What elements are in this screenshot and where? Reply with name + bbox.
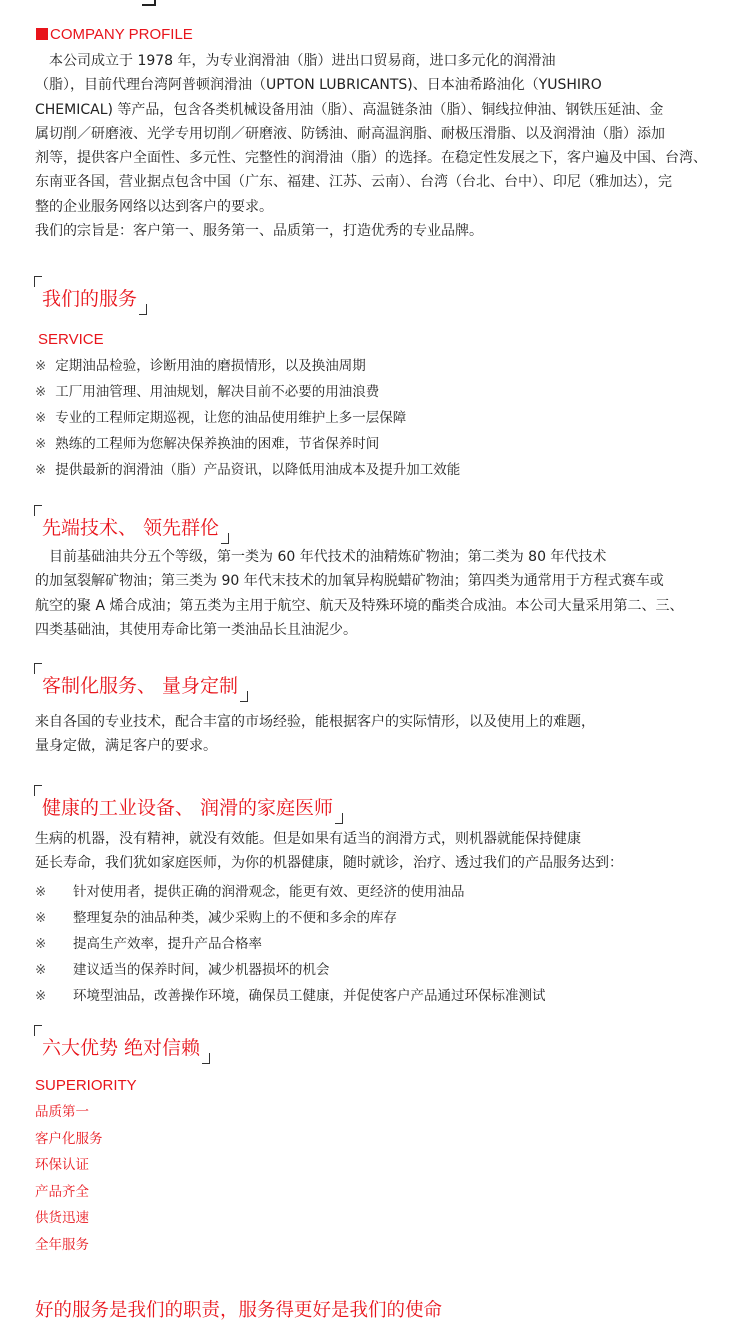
health-list: ※针对使用者，提供正确的润滑观念，能更有效、更经济的使用油品 ※整理复杂的油品种… — [35, 879, 546, 1009]
list-item-text: 环境型油品，改善操作环境，确保员工健康，并促使客户产品通过环保标准测试 — [73, 988, 546, 1004]
list-item: ※环境型油品，改善操作环境，确保员工健康，并促使客户产品通过环保标准测试 — [35, 983, 546, 1009]
health-line: 生病的机器，没有精神，就没有效能。但是如果有适当的润滑方式，则机器就能保持健康 — [35, 827, 725, 851]
technology-line: 的加氢裂解矿物油；第三类为 90 年代末技术的加氧异构脱蜡矿物油；第四类为通常用… — [35, 569, 725, 593]
company-profile-title-text: COMPANY PROFILE — [50, 26, 193, 43]
reference-mark-icon: ※ — [35, 379, 51, 405]
service-heading-text: 我们的服务 — [42, 288, 137, 310]
list-item: ※针对使用者，提供正确的润滑观念，能更有效、更经济的使用油品 — [35, 879, 546, 905]
bracket-close-icon — [139, 304, 147, 315]
list-item: ※ 专业的工程师定期巡视，让您的油品使用维护上多一层保障 — [35, 405, 460, 431]
bracket-open-icon — [34, 505, 42, 516]
profile-line: 整的企业服务网络以达到客户的要求。 — [35, 195, 725, 219]
health-line: 延长寿命，我们犹如家庭医师，为你的机器健康，随时就诊，治疗、透过我们的产品服务达… — [35, 851, 725, 875]
profile-line: 东南亚各国，营业据点包含中国（广东、福建、江苏、云南）、台湾（台北、台中）、印尼… — [35, 170, 725, 194]
list-item: 产品齐全 — [35, 1179, 103, 1206]
list-item-text: 工厂用油管理、用油规划，解决目前不必要的用油浪费 — [55, 384, 379, 400]
custom-heading-text: 客制化服务、 量身定制 — [42, 675, 238, 697]
health-heading-text: 健康的工业设备、 润滑的家庭医师 — [42, 797, 333, 819]
reference-mark-icon: ※ — [35, 931, 73, 957]
list-item: 供货迅速 — [35, 1205, 103, 1232]
reference-mark-icon: ※ — [35, 905, 73, 931]
technology-line: 目前基础油共分五个等级，第一类为 60 年代技术的油精炼矿物油；第二类为 80 … — [35, 545, 725, 569]
health-heading: 健康的工业设备、 润滑的家庭医师 — [34, 785, 343, 824]
list-item-text: 针对使用者，提供正确的润滑观念，能更有效、更经济的使用油品 — [73, 884, 465, 900]
list-item-text: 提供最新的润滑油（脂）产品资讯，以降低用油成本及提升加工效能 — [55, 462, 460, 478]
reference-mark-icon: ※ — [35, 457, 51, 483]
bracket-close-icon — [240, 691, 248, 702]
reference-mark-icon: ※ — [35, 431, 51, 457]
custom-line: 量身定做，满足客户的要求。 — [35, 734, 725, 758]
technology-heading-text: 先端技术、 领先群伦 — [42, 517, 219, 539]
reference-mark-icon: ※ — [35, 353, 51, 379]
list-item: 客户化服务 — [35, 1126, 103, 1153]
bracket-open-icon — [34, 785, 42, 796]
list-item: ※提高生产效率，提升产品合格率 — [35, 931, 546, 957]
bracket-open-icon — [34, 276, 42, 287]
technology-text: 目前基础油共分五个等级，第一类为 60 年代技术的油精炼矿物油；第二类为 80 … — [35, 545, 725, 642]
red-square-icon — [36, 28, 48, 40]
list-item: ※整理复杂的油品种类，减少采购上的不便和多余的库存 — [35, 905, 546, 931]
service-subtitle: SERVICE — [38, 331, 104, 348]
reference-mark-icon: ※ — [35, 957, 73, 983]
reference-mark-icon: ※ — [35, 983, 73, 1009]
list-item: ※ 熟练的工程师为您解决保养换油的困难，节省保养时间 — [35, 431, 460, 457]
bracket-open-icon — [34, 663, 42, 674]
superiority-list: 品质第一 客户化服务 环保认证 产品齐全 供货迅速 全年服务 — [35, 1099, 103, 1258]
list-item: 品质第一 — [35, 1099, 103, 1126]
bracket-close-icon — [221, 533, 229, 544]
bracket-open-icon — [34, 1025, 42, 1036]
list-item-text: 熟练的工程师为您解决保养换油的困难，节省保养时间 — [55, 436, 379, 452]
profile-line: 属切削／研磨液、光学专用切削／研磨液、防锈油、耐高温润脂、耐极压滑脂、以及润滑油… — [35, 122, 725, 146]
profile-line: （脂），目前代理台湾阿普顿润滑油（UPTON LUBRICANTS)、日本油希路… — [35, 73, 725, 97]
list-item: ※ 提供最新的润滑油（脂）产品资讯，以降低用油成本及提升加工效能 — [35, 457, 460, 483]
company-profile-title: COMPANY PROFILE — [36, 26, 193, 43]
slogan: 好的服务是我们的职责，服务得更好是我们的使命 — [35, 1296, 442, 1322]
profile-line: CHEMICAL) 等产品，包含各类机械设备用油（脂）、高温链条油（脂）、铜线拉… — [35, 98, 725, 122]
custom-service-text: 来自各国的专业技术，配合丰富的市场经验，能根据客户的实际情形，以及使用上的难题，… — [35, 710, 725, 759]
custom-service-heading: 客制化服务、 量身定制 — [34, 663, 248, 702]
list-item-text: 提高生产效率，提升产品合格率 — [73, 936, 262, 952]
bracket-close-icon — [335, 813, 343, 824]
technology-heading: 先端技术、 领先群伦 — [34, 505, 229, 544]
superiority-subtitle: SUPERIORITY — [35, 1077, 137, 1094]
superiority-heading-text: 六大优势 绝对信赖 — [42, 1037, 200, 1059]
company-profile-text: 本公司成立于 1978 年，为专业润滑油（脂）进出口贸易商，进口多元化的润滑油 … — [35, 49, 725, 243]
profile-line: 本公司成立于 1978 年，为专业润滑油（脂）进出口贸易商，进口多元化的润滑油 — [35, 49, 725, 73]
list-item: ※ 工厂用油管理、用油规划，解决目前不必要的用油浪费 — [35, 379, 460, 405]
reference-mark-icon: ※ — [35, 405, 51, 431]
profile-line: 剂等，提供客户全面性、多元性、完整性的润滑油（脂）的选择。在稳定性发展之下，客户… — [35, 146, 725, 170]
superiority-heading: 六大优势 绝对信赖 — [34, 1025, 210, 1064]
bracket-corner-decoration — [142, 0, 156, 6]
reference-mark-icon: ※ — [35, 879, 73, 905]
list-item: ※建议适当的保养时间，减少机器损坏的机会 — [35, 957, 546, 983]
profile-line: 我们的宗旨是：客户第一、服务第一、品质第一，打造优秀的专业品牌。 — [35, 219, 725, 243]
list-item-text: 定期油品检验，诊断用油的磨损情形，以及换油周期 — [55, 358, 366, 374]
health-text: 生病的机器，没有精神，就没有效能。但是如果有适当的润滑方式，则机器就能保持健康 … — [35, 827, 725, 876]
list-item-text: 专业的工程师定期巡视，让您的油品使用维护上多一层保障 — [55, 410, 406, 426]
list-item: 全年服务 — [35, 1232, 103, 1259]
technology-line: 航空的聚 A 烯合成油；第五类为主用于航空、航天及特殊环境的酯类合成油。本公司大… — [35, 594, 725, 618]
custom-line: 来自各国的专业技术，配合丰富的市场经验，能根据客户的实际情形，以及使用上的难题， — [35, 710, 725, 734]
list-item-text: 建议适当的保养时间，减少机器损坏的机会 — [73, 962, 330, 978]
service-list: ※ 定期油品检验，诊断用油的磨损情形，以及换油周期 ※ 工厂用油管理、用油规划，… — [35, 353, 460, 483]
list-item-text: 整理复杂的油品种类，减少采购上的不便和多余的库存 — [73, 910, 397, 926]
list-item: ※ 定期油品检验，诊断用油的磨损情形，以及换油周期 — [35, 353, 460, 379]
list-item: 环保认证 — [35, 1152, 103, 1179]
bracket-close-icon — [202, 1053, 210, 1064]
service-heading: 我们的服务 — [34, 276, 147, 315]
technology-line: 四类基础油，其使用寿命比第一类油品长且油泥少。 — [35, 618, 725, 642]
